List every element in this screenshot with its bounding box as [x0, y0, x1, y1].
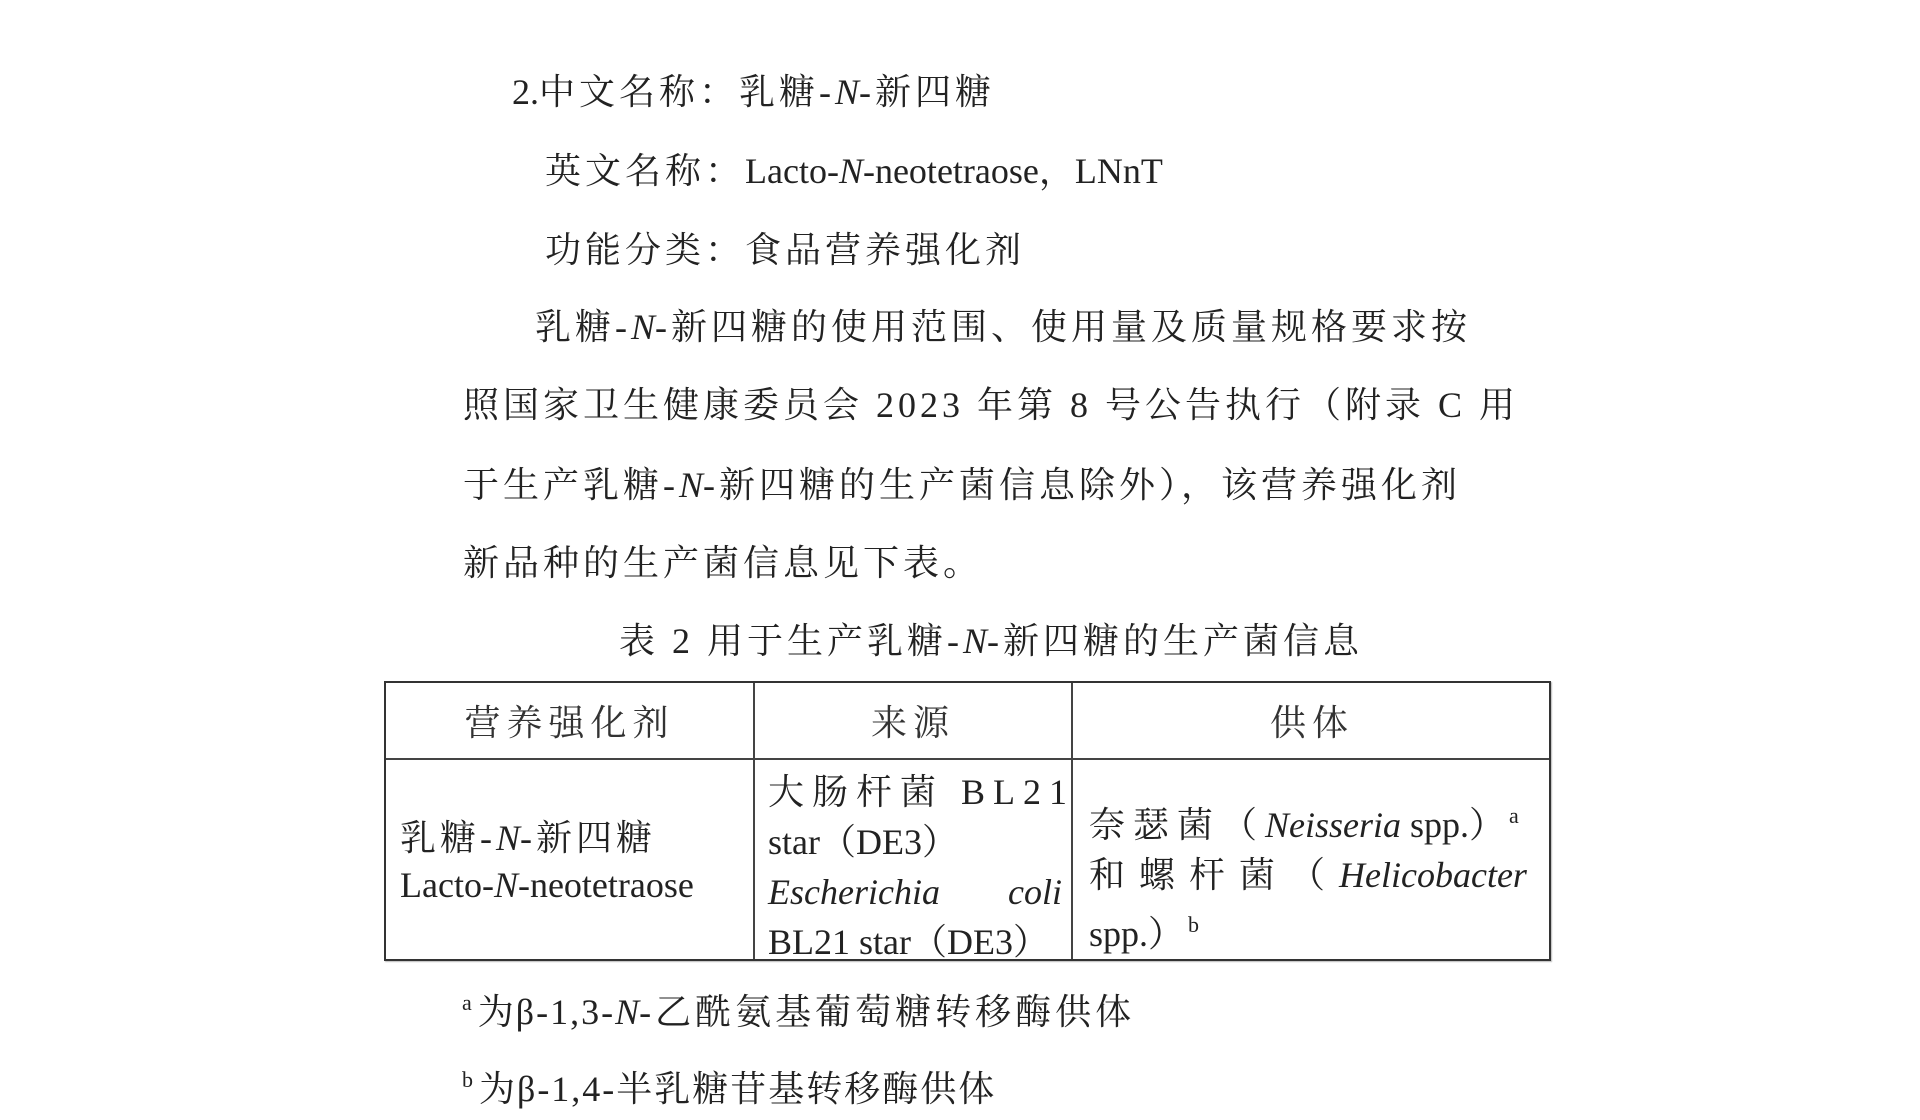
cell-source: 大肠杆菌 BL21 star（DE3） Escherichiacoli BL21… [768, 767, 1062, 967]
cell-donor: 奈瑟菌（Neisseria spp.）a 和螺杆菌（Helicobacter s… [1089, 791, 1541, 959]
table-caption: 表 2 用于生产乳糖-N-新四糖的生产菌信息 [619, 619, 1363, 663]
footnote-mark-a: a [1509, 803, 1519, 828]
source-line-1: 大肠杆菌 BL21 [768, 767, 1062, 817]
paragraph-line-2: 照国家卫生健康委员会 2023 年第 8 号公告执行（附录 C 用 [463, 383, 1519, 427]
footnote-mark-b: b [1188, 912, 1199, 937]
header-divider [386, 758, 1549, 760]
source-line-4: BL21 star（DE3） [768, 917, 1062, 967]
source-line-3: Escherichiacoli [768, 867, 1062, 917]
source-line-2: star（DE3） [768, 817, 1062, 867]
fortifier-en: Lacto-N-neotetraose [400, 862, 694, 909]
donor-line-1: 奈瑟菌（Neisseria spp.）a [1089, 791, 1541, 850]
header-source: 来源 [755, 683, 1071, 758]
paragraph-line-3: 于生产乳糖-N-新四糖的生产菌信息除外），该营养强化剂 [463, 463, 1461, 507]
paragraph-line-1: 乳糖-N-新四糖的使用范围、使用量及质量规格要求按 [535, 305, 1471, 349]
donor-line-3: spp.）b [1089, 900, 1541, 959]
section-number: 2. [512, 72, 539, 112]
chinese-name-label: 中文名称： [539, 72, 739, 112]
english-name-line: 英文名称：Lacto-N-neotetraose，LNnT [545, 149, 1163, 193]
fortifier-cn: 乳糖-N-新四糖 [400, 815, 694, 862]
footnote-b: b为β-1,4-半乳糖苷基转移酶供体 [462, 1058, 996, 1111]
donor-line-2: 和螺杆菌（Helicobacter [1089, 850, 1541, 900]
header-fortifier: 营养强化剂 [386, 683, 753, 758]
function-value: 食品营养强化剂 [745, 230, 1025, 270]
footnote-a: a为β-1,3-N-乙酰氨基葡萄糖转移酶供体 [462, 981, 1135, 1034]
function-label: 功能分类： [545, 230, 745, 270]
cell-fortifier: 乳糖-N-新四糖 Lacto-N-neotetraose [400, 815, 694, 909]
producer-strain-table: 营养强化剂 来源 供体 乳糖-N-新四糖 Lacto-N-neotetraose… [384, 681, 1551, 961]
paragraph-line-4: 新品种的生产菌信息见下表。 [463, 541, 983, 585]
english-name-label: 英文名称： [545, 151, 745, 191]
chinese-name-line: 2.中文名称：乳糖-N-新四糖 [512, 70, 995, 114]
chinese-name-value: 乳糖-N-新四糖 [739, 72, 995, 112]
english-name-value: Lacto-N-neotetraose，LNnT [745, 151, 1163, 191]
function-line: 功能分类：食品营养强化剂 [545, 228, 1025, 272]
header-donor: 供体 [1073, 683, 1551, 758]
